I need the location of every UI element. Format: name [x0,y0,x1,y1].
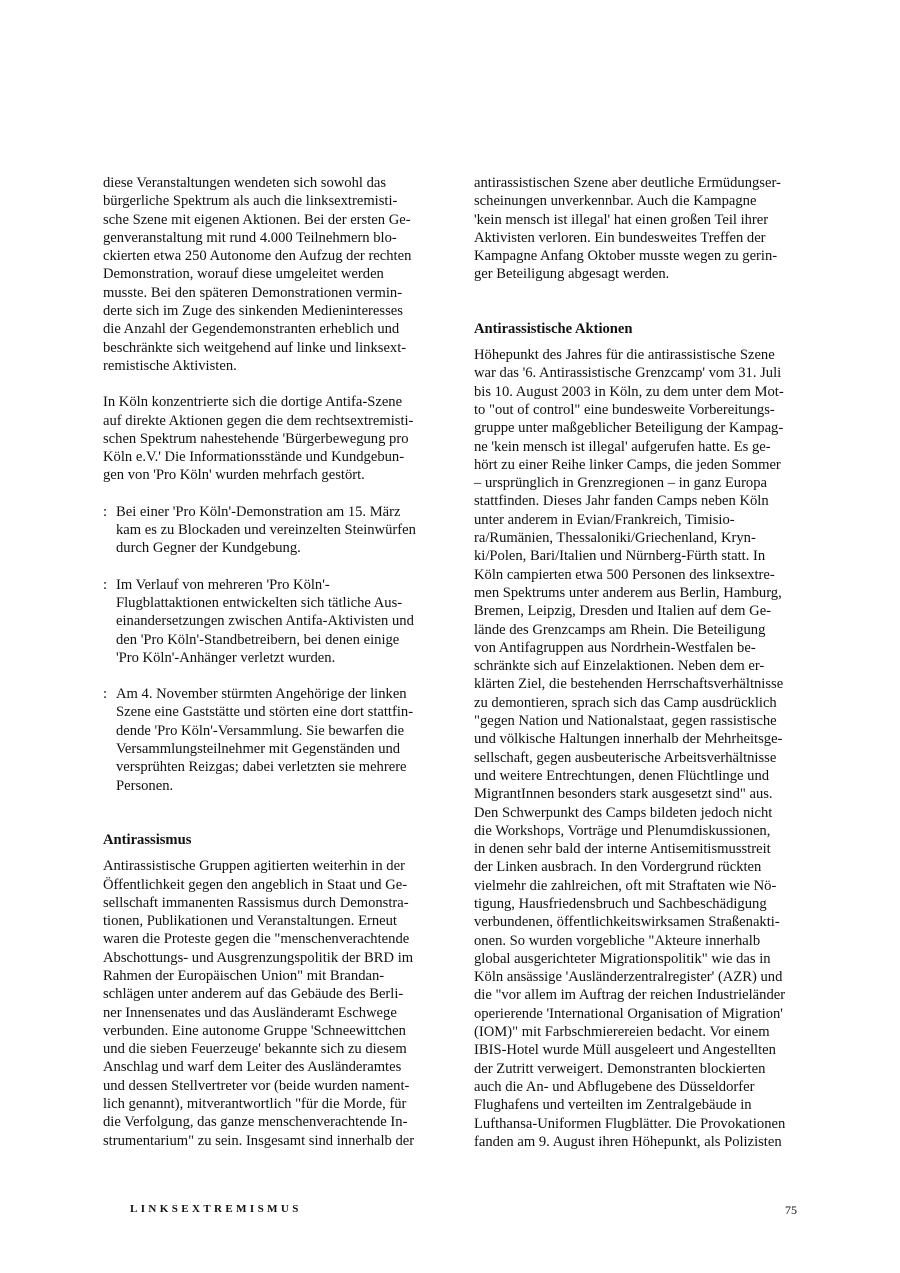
text-line: Aktivisten verloren. Ein bundesweites Tr… [474,229,804,247]
text-line: die Verfolgung, das ganze menschenverach… [103,1113,433,1131]
text-line: Lufthansa-Uniformen Flugblätter. Die Pro… [474,1115,804,1133]
text-line: gruppe unter maßgeblicher Beteiligung de… [474,419,804,437]
text-line: schränkte sich auf Einzelaktionen. Neben… [474,657,804,675]
text-line: versprühten Reizgas; dabei verletzten si… [116,758,433,776]
text-line: lände des Grenzcamps am Rhein. Die Betei… [474,621,804,639]
text-line: gen von 'Pro Köln' wurden mehrfach gestö… [103,466,433,484]
page-footer: LINKSEXTREMISMUS 75 [130,1203,797,1219]
text-line: fanden am 9. August ihren Höhepunkt, als… [474,1133,804,1151]
text-line: schlägen unter anderem auf das Gebäude d… [103,985,433,1003]
text-line: zu demontieren, sprach sich das Camp aus… [474,694,804,712]
paragraph-counter-demonstrations: diese Veranstaltungen wendeten sich sowo… [103,174,433,375]
text-line: tigung, Hausfriedensbruch und Sachbeschä… [474,895,804,913]
text-line: den 'Pro Köln'-Standbetreibern, bei dene… [116,631,433,649]
running-title: LINKSEXTREMISMUS [130,1203,302,1215]
text-line: scheinungen unverkennbar. Auch die Kampa… [474,192,804,210]
text-line: genveranstaltung mit rund 4.000 Teilnehm… [103,229,433,247]
text-line: in denen sehr bald der interne Antisemit… [474,840,804,858]
text-line: ckierten etwa 250 Autonome den Aufzug de… [103,247,433,265]
text-line: der Zutritt verweigert. Demonstranten bl… [474,1060,804,1078]
text-line: global ausgerichteter Migrationspolitik"… [474,950,804,968]
text-line: Den Schwerpunkt des Camps bildeten jedoc… [474,804,804,822]
text-line: kam es zu Blockaden und vereinzelten Ste… [116,521,433,539]
text-line: der Linken ausbrach. In den Vordergrund … [474,858,804,876]
text-line: war das '6. Antirassistische Grenzcamp' … [474,364,804,382]
text-line: verbunden. Eine autonome Gruppe 'Schneew… [103,1022,433,1040]
text-line: ner Innensenates und das Ausländeramt Es… [103,1004,433,1022]
text-line: hört zu einer Reihe linker Camps, die je… [474,456,804,474]
text-line: und völkische Haltungen innerhalb der Me… [474,730,804,748]
text-line: und die sieben Feuerzeuge' bekannte sich… [103,1040,433,1058]
text-line: derte sich im Zuge des sinkenden Medieni… [103,302,433,320]
text-line: "gegen Nation und Nationalstaat, gegen r… [474,712,804,730]
text-line: Abschottungs- und Ausgrenzungspolitik de… [103,949,433,967]
text-line: 'kein mensch ist illegal' hat einen groß… [474,211,804,229]
text-line: schen Spektrum nahestehende 'Bürgerbeweg… [103,430,433,448]
text-line: to "out of control" eine bundesweite Vor… [474,401,804,419]
bullet-mark: : [103,685,107,703]
text-line: antirassistischen Szene aber deutliche E… [474,174,804,192]
text-line: IBIS-Hotel wurde Müll ausgeleert und Ang… [474,1041,804,1059]
text-line: verbundenen, öffentlichkeitswirksamen St… [474,913,804,931]
section-heading-antirassistische-aktionen: Antirassistische Aktionen [474,320,804,338]
text-line: die Anzahl der Gegendemonstranten erhebl… [103,320,433,338]
text-line: 'Pro Köln'-Anhänger verletzt wurden. [116,649,433,667]
text-line: lich genannt), mitverantwortlich "für di… [103,1095,433,1113]
text-line: Versammlungsteilnehmer mit Gegenständen … [116,740,433,758]
text-line: Köln campierten etwa 500 Personen des li… [474,566,804,584]
text-line: Flugblattaktionen entwickelten sich tätl… [116,594,433,612]
text-line: Bei einer 'Pro Köln'-Demonstration am 15… [116,503,433,521]
text-line: beschränkte sich weitgehend auf linke un… [103,339,433,357]
bullet-item: : Am 4. November stürmten Angehörige der… [103,685,433,795]
text-line: Kampagne Anfang Oktober musste wegen zu … [474,247,804,265]
text-line: durch Gegner der Kundgebung. [116,539,433,557]
text-line: remistische Aktivisten. [103,357,433,375]
text-line: men Spektrums unter anderem aus Berlin, … [474,584,804,602]
text-line: Szene eine Gaststätte und störten eine d… [116,703,433,721]
paragraph-campaign-fatigue: antirassistischen Szene aber deutliche E… [474,174,804,284]
text-line: ra/Rumänien, Thessaloniki/Griechenland, … [474,529,804,547]
text-line: (IOM)" mit Farbschmierereien bedacht. Vo… [474,1023,804,1041]
text-line: und weitere Entrechtungen, denen Flüchtl… [474,767,804,785]
text-line: und dessen Stellvertreter vor (beide wur… [103,1077,433,1095]
text-line: Öffentlichkeit gegen den angeblich in St… [103,876,433,894]
bullet-mark: : [103,576,107,594]
right-column: antirassistischen Szene aber deutliche E… [474,174,804,1169]
text-line: strumentarium" zu sein. Insgesamt sind i… [103,1132,433,1150]
text-line: musste. Bei den späteren Demonstrationen… [103,284,433,302]
text-line: tionen, Publikationen und Veranstaltunge… [103,912,433,930]
text-line: bis 10. August 2003 in Köln, zu dem unte… [474,383,804,401]
text-line: dende 'Pro Köln'-Versammlung. Sie bewarf… [116,722,433,740]
page-number: 75 [785,1203,797,1218]
bullet-text: Am 4. November stürmten Angehörige der l… [116,685,433,795]
text-line: Flughafens und verteilten im Zentralgebä… [474,1096,804,1114]
text-line: ne 'kein mensch ist illegal' aufgerufen … [474,438,804,456]
text-line: unter anderem in Evian/Frankreich, Timis… [474,511,804,529]
text-line: sellschaft immanenten Rassismus durch De… [103,894,433,912]
text-line: Köln ansässige 'Ausländerzentralregister… [474,968,804,986]
paragraph-koeln-antifa: In Köln konzentrierte sich die dortige A… [103,393,433,484]
text-line: Höhepunkt des Jahres für die antirassist… [474,346,804,364]
text-line: In Köln konzentrierte sich die dortige A… [103,393,433,411]
text-line: die Workshops, Vorträge und Plenumdiskus… [474,822,804,840]
text-line: vielmehr die zahlreichen, oft mit Straft… [474,877,804,895]
text-line: Rahmen der Europäischen Union" mit Brand… [103,967,433,985]
text-line: die "vor allem im Auftrag der reichen In… [474,986,804,1004]
text-line: Köln e.V.' Die Informationsstände und Ku… [103,448,433,466]
text-line: einandersetzungen zwischen Antifa-Aktivi… [116,612,433,630]
bullet-item: : Im Verlauf von mehreren 'Pro Köln'-Flu… [103,576,433,667]
bullet-text: Bei einer 'Pro Köln'-Demonstration am 15… [116,503,433,558]
text-line: ki/Polen, Bari/Italien und Nürnberg-Fürt… [474,547,804,565]
text-line: bürgerliche Spektrum als auch die linkse… [103,192,433,210]
text-line: Demonstration, worauf diese umgeleitet w… [103,265,433,283]
text-line: Antirassistische Gruppen agitierten weit… [103,857,433,875]
text-line: klärten Ziel, die bestehenden Herrschaft… [474,675,804,693]
text-line: auf direkte Aktionen gegen die dem recht… [103,412,433,430]
text-line: Bremen, Leipzig, Dresden und Italien auf… [474,602,804,620]
text-line: onen. So wurden vorgebliche "Akteure inn… [474,932,804,950]
text-line: sche Szene mit eigenen Aktionen. Bei der… [103,211,433,229]
section-heading-antirassismus: Antirassismus [103,831,433,849]
bullet-text: Im Verlauf von mehreren 'Pro Köln'-Flugb… [116,576,433,667]
text-line: diese Veranstaltungen wendeten sich sowo… [103,174,433,192]
text-line: sellschaft, gegen ausbeuterische Arbeits… [474,749,804,767]
bullet-item: : Bei einer 'Pro Köln'-Demonstration am … [103,503,433,558]
paragraph-antirassismus: Antirassistische Gruppen agitierten weit… [103,857,433,1150]
text-line: MigrantInnen besonders stark ausgesetzt … [474,785,804,803]
bullet-mark: : [103,503,107,521]
text-line: ger Beteiligung abgesagt werden. [474,265,804,283]
paragraph-grenzcamp: Höhepunkt des Jahres für die antirassist… [474,346,804,1151]
text-line: Personen. [116,777,433,795]
text-line: Am 4. November stürmten Angehörige der l… [116,685,433,703]
text-line: Im Verlauf von mehreren 'Pro Köln'- [116,576,433,594]
text-line: waren die Proteste gegen die "menschenve… [103,930,433,948]
text-line: auch die An- und Abflugebene des Düsseld… [474,1078,804,1096]
text-line: Anschlag und warf dem Leiter des Ausländ… [103,1058,433,1076]
text-line: von Antifagruppen aus Nordrhein-Westfale… [474,639,804,657]
text-line: operierende 'International Organisation … [474,1005,804,1023]
text-line: stattfinden. Dieses Jahr fanden Camps ne… [474,492,804,510]
left-column: diese Veranstaltungen wendeten sich sowo… [103,174,433,1168]
text-line: – ursprünglich in Grenzregionen – in gan… [474,474,804,492]
